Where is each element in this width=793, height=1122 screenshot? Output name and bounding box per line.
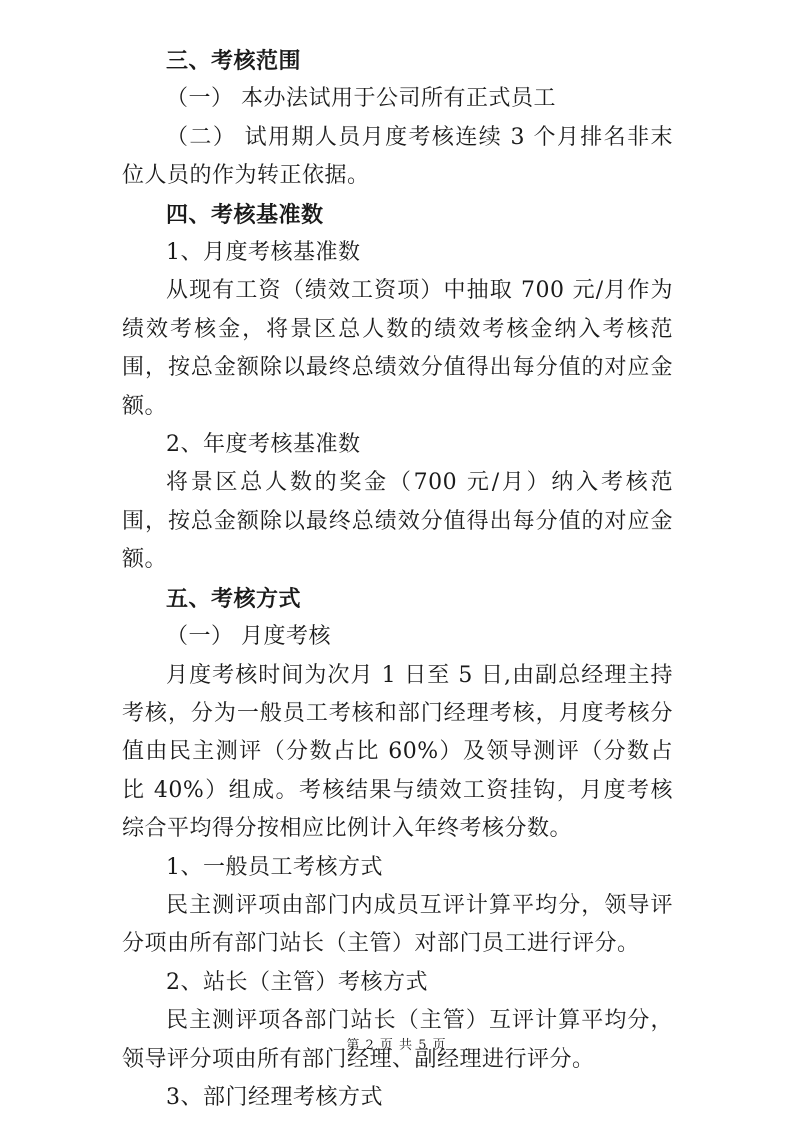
list-item-general-staff-method: 1、一般员工考核方式 bbox=[122, 849, 673, 887]
body-paragraph: （二） 试用期人员月度考核连续 3 个月排名非末位人员的作为转正依据。 bbox=[122, 119, 673, 196]
section-heading-method: 五、考核方式 bbox=[122, 580, 673, 618]
section-heading-scope: 三、考核范围 bbox=[122, 42, 673, 80]
body-paragraph: 从现有工资（绩效工资项）中抽取 700 元/月作为绩效考核金，将景区总人数的绩效… bbox=[122, 272, 673, 426]
page-number-footer: 第 2 页 共 5 页 bbox=[0, 1036, 793, 1056]
list-item-monthly-baseline: 1、月度考核基准数 bbox=[122, 234, 673, 272]
document-page: 三、考核范围 （一） 本办法试用于公司所有正式员工 （二） 试用期人员月度考核连… bbox=[0, 0, 793, 1122]
subsection-monthly-assessment: （一） 月度考核 bbox=[122, 618, 673, 656]
list-item-manager-method: 3、部门经理考核方式 bbox=[122, 1079, 673, 1117]
list-item-annual-baseline: 2、年度考核基准数 bbox=[122, 426, 673, 464]
document-body: 三、考核范围 （一） 本办法试用于公司所有正式员工 （二） 试用期人员月度考核连… bbox=[122, 42, 673, 1117]
body-paragraph: 将景区总人数的奖金（700 元/月）纳入考核范围，按总金额除以最终总绩效分值得出… bbox=[122, 464, 673, 579]
body-paragraph: 民主测评项由部门内成员互评计算平均分，领导评分项由所有部门站长（主管）对部门员工… bbox=[122, 887, 673, 964]
list-item-supervisor-method: 2、站长（主管）考核方式 bbox=[122, 964, 673, 1002]
body-paragraph: （一） 本办法试用于公司所有正式员工 bbox=[122, 80, 673, 118]
body-paragraph: 月度考核时间为次月 1 日至 5 日,由副总经理主持考核，分为一般员工考核和部门… bbox=[122, 657, 673, 849]
section-heading-baseline: 四、考核基准数 bbox=[122, 196, 673, 234]
